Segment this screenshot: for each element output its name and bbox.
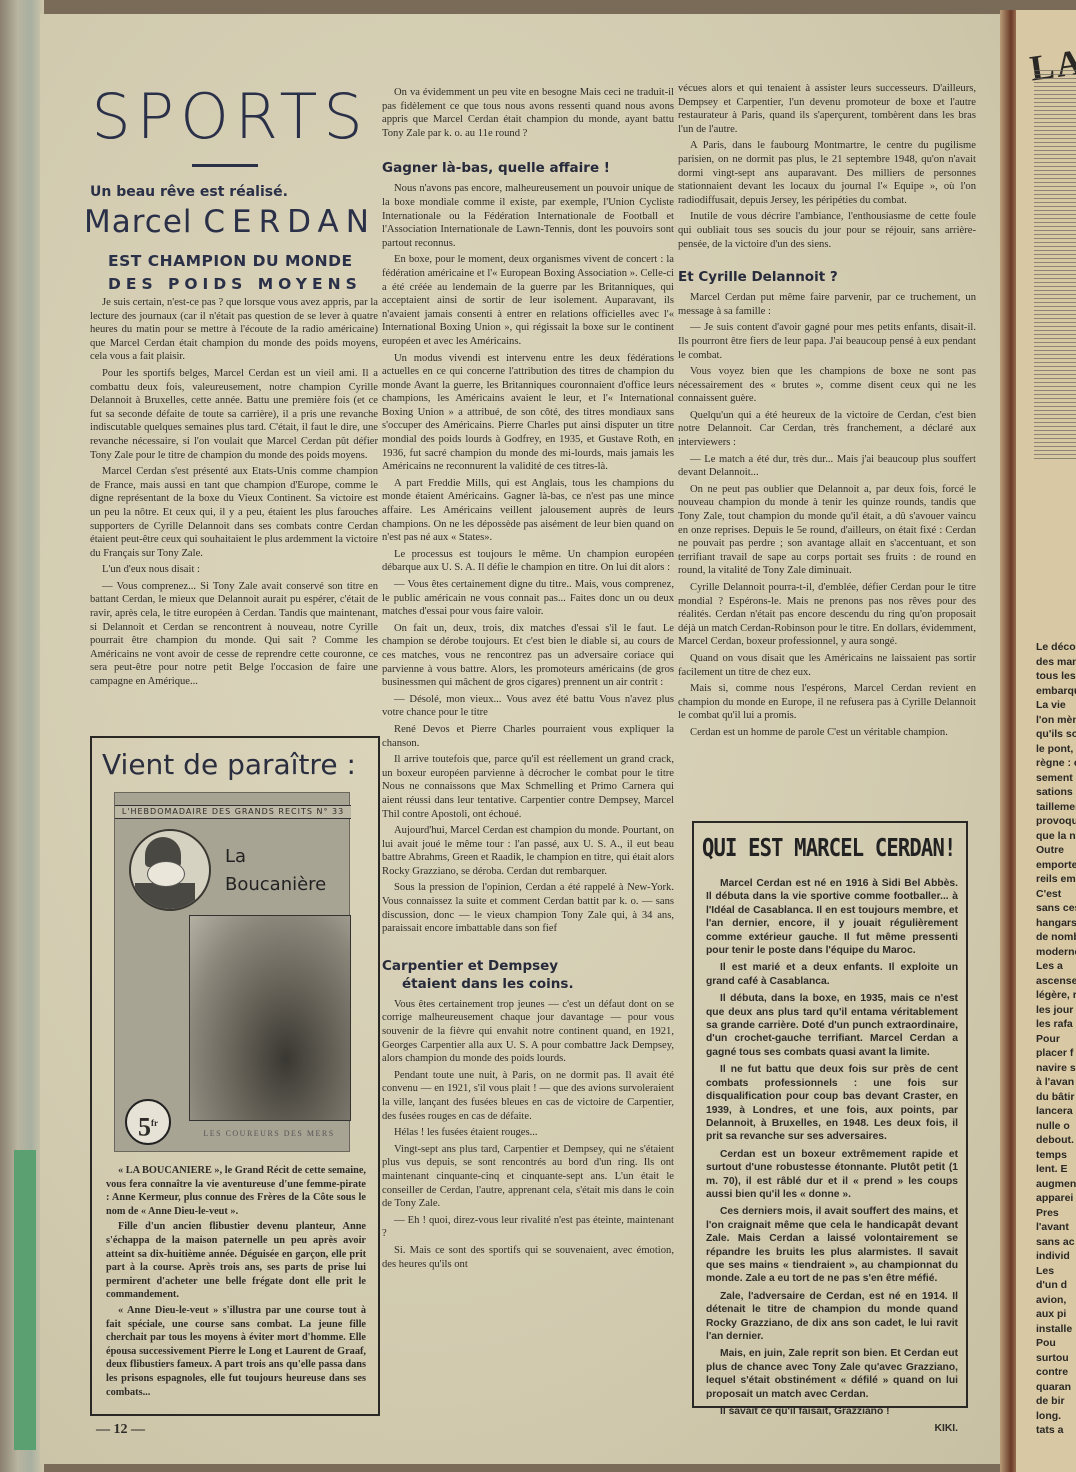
facing-page-line: Outre	[1036, 843, 1076, 858]
section-title: SPORTS	[86, 80, 374, 153]
paragraph: Mais, en juin, Zale reprit son bien. Et …	[706, 1347, 958, 1401]
paragraph: Zale, l'adversaire de Cerdan, est né en …	[706, 1290, 958, 1344]
facing-page-line: Le déco	[1036, 640, 1076, 655]
facing-page-line: augmen	[1036, 1177, 1076, 1192]
paragraph: Un modus vivendi est intervenu entre les…	[382, 352, 674, 474]
facing-page-line: à l'avan	[1036, 1075, 1076, 1090]
paragraph: Cyrille Delannoit pourra-t-il, d'emblée,…	[678, 581, 976, 649]
paragraph: Mais si, comme nous l'espérons, Marcel C…	[678, 682, 976, 723]
facing-page-line: Pou	[1036, 1336, 1076, 1351]
mascot-illustration	[129, 829, 211, 911]
facing-page-line: apparei	[1036, 1191, 1076, 1206]
paragraph: Sous la pression de l'opinion, Cerdan a …	[382, 881, 674, 935]
facing-page-line: les rafa	[1036, 1017, 1076, 1032]
book-edge	[0, 0, 44, 1472]
paragraph: Le processus est toujours le même. Un ch…	[382, 548, 674, 575]
paragraph: On fait un, deux, trois, dix matches d'e…	[382, 622, 674, 690]
paragraph: Fille d'un ancien flibustier devenu plan…	[106, 1220, 366, 1302]
facing-page-line: navire s	[1036, 1061, 1076, 1076]
paragraph: Inutile de vous décrire l'ambiance, l'en…	[678, 210, 976, 251]
facing-page-line: reils emb	[1036, 872, 1076, 887]
title-rule	[192, 164, 258, 167]
facing-page-line: règne : éc	[1036, 756, 1076, 771]
article-column-2: On va évidemment un peu vite en besogne …	[382, 86, 674, 1274]
subhead-carpentier-line1: Carpentier et Dempsey	[382, 958, 674, 974]
paragraph: Hélas ! les fusées étaient rouges...	[382, 1126, 674, 1140]
book-cover-image: L'HEBDOMADAIRE DES GRANDS RECITS N° 33 L…	[114, 792, 350, 1152]
paragraph: Il ne fut battu que deux fois sur près d…	[706, 1063, 958, 1143]
paragraph: L'un d'eux nous disait :	[90, 563, 378, 577]
facing-page-line: légère, r	[1036, 988, 1076, 1003]
paragraph: En boxe, pour le moment, deux organismes…	[382, 253, 674, 348]
paragraph: — Désolé, mon vieux... Vous avez été bat…	[382, 693, 674, 720]
paragraph: On va évidemment un peu vite en besogne …	[382, 86, 674, 140]
paragraph: On ne peut pas oublier que Delannoit a, …	[678, 483, 976, 578]
paragraph: Il débuta, dans la boxe, en 1935, mais c…	[706, 992, 958, 1059]
facing-page-line: ascenseu	[1036, 974, 1076, 989]
paragraph: — Vous êtes certainement digne du titre.…	[382, 578, 674, 619]
facing-page-illustration	[1034, 70, 1076, 460]
subhead-gagner: Gagner là-bas, quelle affaire !	[382, 160, 674, 176]
facing-page-line: de nomb	[1036, 930, 1076, 945]
facing-page-line: debout.	[1036, 1133, 1076, 1148]
price-badge: 5fr	[125, 1099, 171, 1145]
facing-page-line: les jour	[1036, 1003, 1076, 1018]
facing-page-line: temps	[1036, 1148, 1076, 1163]
facing-page-line: tous les a	[1036, 669, 1076, 684]
paragraph: Cerdan est un boxeur extrêmement rapide …	[706, 1148, 958, 1202]
facing-page-line: moderne	[1036, 945, 1076, 960]
paragraph: vécues alors et qui tenaient à assister …	[678, 82, 976, 136]
facing-page-line: le pont,	[1036, 742, 1076, 757]
paragraph: Vous êtes certainement trop jeunes — c'e…	[382, 998, 674, 1066]
subhead-carpentier-line2: étaient dans les coins.	[382, 976, 674, 992]
paragraph: Quelqu'un qui a été heureux de la victoi…	[678, 409, 976, 450]
facing-page-line: lent. E	[1036, 1162, 1076, 1177]
facing-page-line: du bâtir	[1036, 1090, 1076, 1105]
paragraph: Aujourd'hui, Marcel Cerdan est champion …	[382, 824, 674, 878]
facing-page-text: Le décodes manœtous les aembarquéLa viel…	[1036, 640, 1076, 1438]
facing-page-line: C'est	[1036, 887, 1076, 902]
facing-page-line: contre	[1036, 1365, 1076, 1380]
facing-page-line: long.	[1036, 1409, 1076, 1424]
facing-page-line: Les a	[1036, 959, 1076, 974]
article-kicker: Un beau rêve est réalisé.	[90, 184, 288, 200]
article-column-3: vécues alors et qui tenaient à assister …	[678, 82, 976, 743]
facing-page-line: que la n	[1036, 829, 1076, 844]
paragraph: Il savait ce qu'il faisait, Grazziano !	[706, 1405, 958, 1418]
paragraph: Ces derniers mois, il avait souffert des…	[706, 1205, 958, 1285]
facing-page-line: qu'ils soi	[1036, 727, 1076, 742]
facing-page-line: emporte	[1036, 858, 1076, 873]
facing-page: LA Le décodes manœtous les aembarquéLa v…	[1016, 10, 1076, 1472]
facing-page-line: l'avant	[1036, 1220, 1076, 1235]
article-headline: Marcel CERDAN	[84, 204, 376, 240]
subhead-delannoit: Et Cyrille Delannoit ?	[678, 269, 976, 285]
paragraph: Nous n'avons pas encore, malheureusement…	[382, 182, 674, 250]
paragraph: Si. Mais ce sont des sportifs qui se sou…	[382, 1244, 674, 1271]
article-deck-line2: DES POIDS MOYENS	[108, 275, 362, 293]
paragraph: « Anne Dieu-le-veut » s'illustra par une…	[106, 1304, 366, 1399]
facing-page-line: sations d	[1036, 785, 1076, 800]
facing-page-line: provoque	[1036, 814, 1076, 829]
paragraph: Marcel Cerdan s'est présenté aux Etats-U…	[90, 465, 378, 560]
sidebar-title: QUI EST MARCEL CERDAN!	[702, 833, 955, 862]
headline-last-name: CERDAN	[203, 204, 376, 240]
paragraph: Pendant toute une nuit, à Paris, on ne d…	[382, 1069, 674, 1123]
paragraph: Marcel Cerdan est né en 1916 à Sidi Bel …	[706, 877, 958, 957]
paragraph: « LA BOUCANIERE », le Grand Récit de cet…	[106, 1164, 366, 1218]
paragraph: — Eh ! quoi, direz-vous leur rivalité n'…	[382, 1214, 674, 1241]
paragraph: Marcel Cerdan put même faire parvenir, p…	[678, 291, 976, 318]
facing-page-line: avion,	[1036, 1293, 1076, 1308]
newspaper-page: SPORTS Un beau rêve est réalisé. Marcel …	[40, 14, 1000, 1464]
facing-page-line: La vie	[1036, 698, 1076, 713]
paragraph: Quand on vous disait que les Américains …	[678, 652, 976, 679]
paragraph: Cerdan est un homme de parole C'est un v…	[678, 726, 976, 740]
paragraph: Pour les sportifs belges, Marcel Cerdan …	[90, 367, 378, 462]
cover-band: L'HEBDOMADAIRE DES GRANDS RECITS N° 33	[115, 805, 351, 819]
page-number: — 12 —	[96, 1422, 145, 1438]
facing-page-line: Les	[1036, 1264, 1076, 1279]
facing-page-line: sement ra	[1036, 771, 1076, 786]
paragraph: — Je suis content d'avoir gagné pour mes…	[678, 321, 976, 362]
facing-page-line: embarqué	[1036, 684, 1076, 699]
paragraph: — Le match a été dur, très dur... Mais j…	[678, 453, 976, 480]
facing-page-line: sans ces	[1036, 901, 1076, 916]
facing-page-line: lancera	[1036, 1104, 1076, 1119]
paragraph: Je suis certain, n'est-ce pas ? que lors…	[90, 296, 378, 364]
facing-page-line: Pour	[1036, 1032, 1076, 1047]
facing-page-line: taillement	[1036, 800, 1076, 815]
facing-page-line: individ	[1036, 1249, 1076, 1264]
advert-text: « LA BOUCANIERE », le Grand Récit de cet…	[106, 1164, 366, 1401]
paragraph: Il arrive toutefois que, parce qu'il est…	[382, 753, 674, 821]
paragraph: Il est marié et a deux enfants. Il explo…	[706, 961, 958, 988]
paragraph: A part Freddie Mills, qui est Anglais, t…	[382, 477, 674, 545]
facing-page-line: quaran	[1036, 1380, 1076, 1395]
facing-page-line: de bir	[1036, 1394, 1076, 1409]
profile-sidebar-box: QUI EST MARCEL CERDAN! Marcel Cerdan est…	[692, 821, 968, 1408]
facing-page-line: installe	[1036, 1322, 1076, 1337]
paragraph: A Paris, dans le faubourg Montmartre, le…	[678, 139, 976, 207]
paragraph: René Devos et Pierre Charles pourraient …	[382, 723, 674, 750]
facing-page-line: d'un d	[1036, 1278, 1076, 1293]
article-deck-line1: EST CHAMPION DU MONDE	[108, 252, 353, 270]
facing-page-line: sans ac	[1036, 1235, 1076, 1250]
paragraph: — Vous comprenez... Si Tony Zale avait c…	[90, 580, 378, 689]
facing-page-line: nulle o	[1036, 1119, 1076, 1134]
sidebar-text: Marcel Cerdan est né en 1916 à Sidi Bel …	[706, 877, 958, 1440]
headline-first-name: Marcel	[84, 204, 193, 240]
facing-page-line: tats a	[1036, 1423, 1076, 1438]
paragraph: Vous voyez bien que les champions de box…	[678, 365, 976, 406]
author-signature: KIKI.	[706, 1422, 958, 1435]
facing-page-line: surtou	[1036, 1351, 1076, 1366]
green-tab	[14, 1150, 36, 1450]
facing-page-line: des manœ	[1036, 655, 1076, 670]
facing-page-line: aux pi	[1036, 1307, 1076, 1322]
facing-page-line: hangars.	[1036, 916, 1076, 931]
article-column-1: Je suis certain, n'est-ce pas ? que lors…	[90, 296, 378, 692]
advert-box: Vient de paraître : L'HEBDOMADAIRE DES G…	[90, 736, 380, 1416]
cover-title: La Boucanière	[225, 843, 326, 899]
cover-artwork	[189, 915, 351, 1121]
paragraph: Vingt-sept ans plus tard, Carpentier et …	[382, 1143, 674, 1211]
facing-page-line: placer f	[1036, 1046, 1076, 1061]
facing-page-line: l'on mène	[1036, 713, 1076, 728]
facing-page-line: Pres	[1036, 1206, 1076, 1221]
advert-title: Vient de paraître :	[102, 748, 356, 781]
cover-footer: LES COUREURS DES MERS	[187, 1129, 351, 1138]
